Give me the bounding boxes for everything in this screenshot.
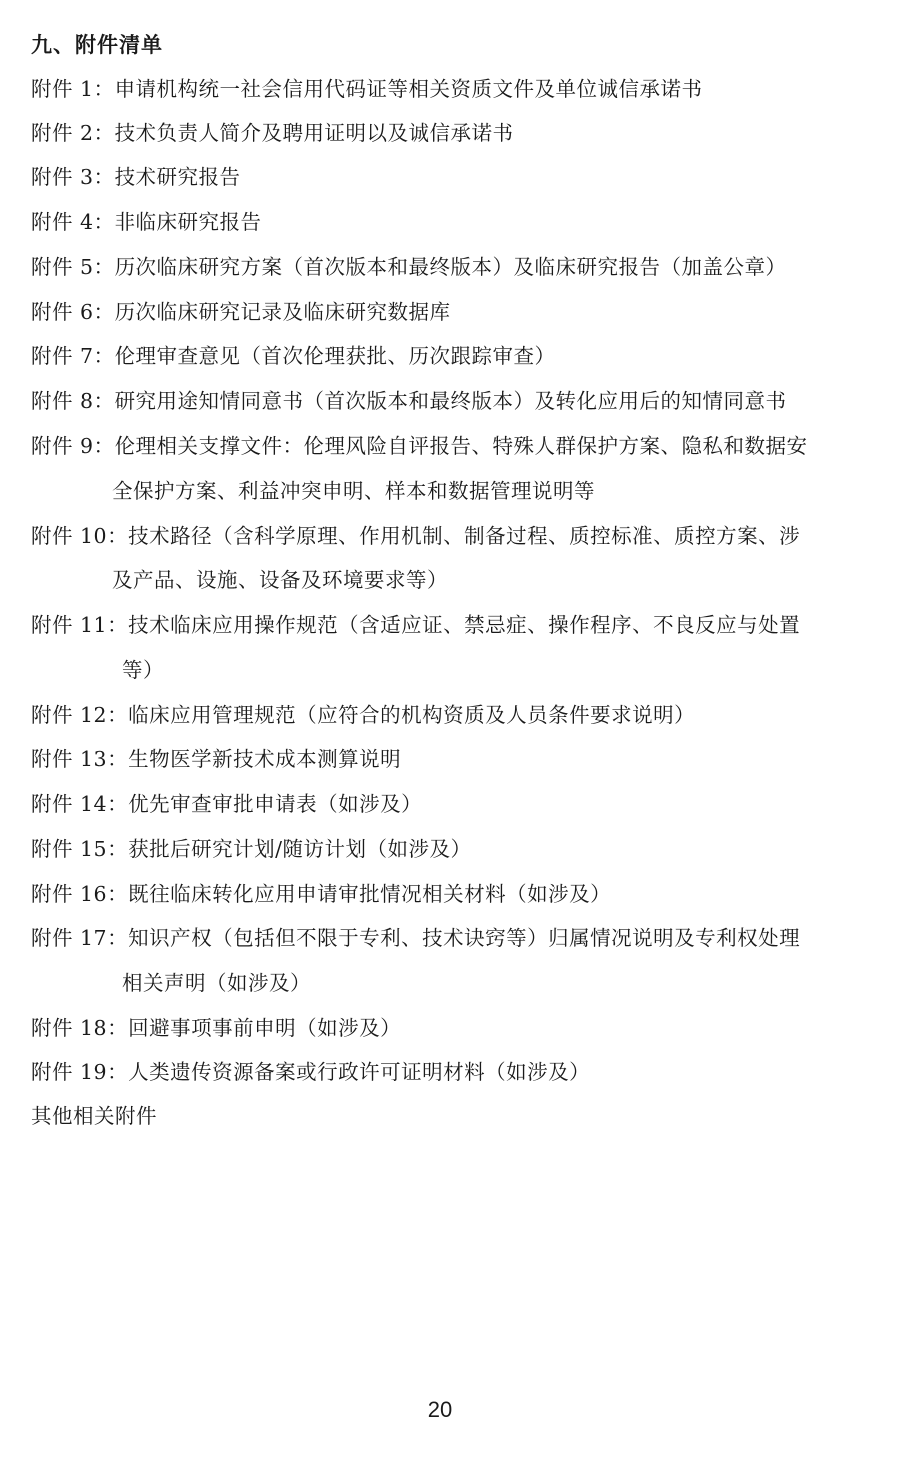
attachment-item-17-continuation: 相关声明（如涉及） [122, 968, 311, 998]
attachment-label: 附件 2： [31, 118, 115, 148]
attachment-label: 附件 6： [31, 297, 115, 327]
attachment-item-9-continuation: 全保护方案、利益冲突申明、样本和数据管理说明等 [112, 476, 595, 506]
attachment-label: 附件 1： [31, 74, 115, 104]
attachment-label: 附件 8： [31, 386, 115, 416]
attachment-item-16: 附件 16：既往临床转化应用申请审批情况相关材料（如涉及） [31, 879, 611, 909]
attachment-label: 附件 7： [31, 341, 115, 371]
attachment-text: 技术临床应用操作规范（含适应证、禁忌症、操作程序、不良反应与处置 [128, 613, 800, 637]
attachment-label: 附件 4： [31, 207, 115, 237]
attachment-label: 附件 9： [31, 431, 115, 461]
attachment-text: 研究用途知情同意书（首次版本和最终版本）及转化应用后的知情同意书 [115, 389, 787, 413]
attachment-text: 知识产权（包括但不限于专利、技术诀窍等）归属情况说明及专利权处理 [128, 926, 800, 950]
attachment-item-15: 附件 15：获批后研究计划/随访计划（如涉及） [31, 834, 472, 864]
attachment-item-17: 附件 17：知识产权（包括但不限于专利、技术诀窍等）归属情况说明及专利权处理 [31, 923, 800, 953]
attachment-text: 优先审查审批申请表（如涉及） [128, 792, 422, 816]
attachment-text: 历次临床研究记录及临床研究数据库 [115, 300, 451, 324]
attachment-text: 技术研究报告 [115, 165, 241, 189]
attachment-item-9: 附件 9：伦理相关支撑文件：伦理风险自评报告、特殊人群保护方案、隐私和数据安 [31, 431, 808, 461]
attachment-text: 回避事项事前申明（如涉及） [128, 1016, 401, 1040]
attachment-label: 附件 12： [31, 700, 128, 730]
attachment-label: 附件 19： [31, 1057, 128, 1087]
attachment-text: 技术路径（含科学原理、作用机制、制备过程、质控标准、质控方案、涉 [128, 524, 800, 548]
attachment-item-14: 附件 14：优先审查审批申请表（如涉及） [31, 789, 422, 819]
attachment-text: 人类遗传资源备案或行政许可证明材料（如涉及） [128, 1060, 590, 1084]
section-heading: 九、附件清单 [31, 30, 163, 60]
attachment-item-12: 附件 12：临床应用管理规范（应符合的机构资质及人员条件要求说明） [31, 700, 695, 730]
attachment-text: 非临床研究报告 [115, 210, 262, 234]
attachment-item-18: 附件 18：回避事项事前申明（如涉及） [31, 1013, 401, 1043]
attachment-text: 历次临床研究方案（首次版本和最终版本）及临床研究报告（加盖公章） [115, 255, 787, 279]
document-page: 九、附件清单 附件 1：申请机构统一社会信用代码证等相关资质文件及单位诚信承诺书… [0, 0, 900, 1457]
attachment-item-13: 附件 13：生物医学新技术成本测算说明 [31, 744, 401, 774]
attachment-item-7: 附件 7：伦理审查意见（首次伦理获批、历次跟踪审查） [31, 341, 556, 371]
attachment-item-2: 附件 2：技术负责人简介及聘用证明以及诚信承诺书 [31, 118, 514, 148]
attachment-item-5: 附件 5：历次临床研究方案（首次版本和最终版本）及临床研究报告（加盖公章） [31, 252, 787, 282]
attachment-text: 临床应用管理规范（应符合的机构资质及人员条件要求说明） [128, 703, 695, 727]
attachment-item-10-continuation: 及产品、设施、设备及环境要求等） [112, 565, 448, 595]
attachment-item-1: 附件 1：申请机构统一社会信用代码证等相关资质文件及单位诚信承诺书 [31, 74, 703, 104]
attachment-item-6: 附件 6：历次临床研究记录及临床研究数据库 [31, 297, 451, 327]
attachment-label: 附件 16： [31, 879, 128, 909]
attachment-label: 附件 3： [31, 162, 115, 192]
attachment-item-11-continuation: 等） [122, 655, 164, 685]
other-attachments: 其他相关附件 [31, 1101, 157, 1131]
attachment-text: 申请机构统一社会信用代码证等相关资质文件及单位诚信承诺书 [115, 77, 703, 101]
attachment-item-4: 附件 4：非临床研究报告 [31, 207, 262, 237]
attachment-text: 技术负责人简介及聘用证明以及诚信承诺书 [115, 121, 514, 145]
attachment-label: 附件 11： [31, 610, 128, 640]
attachment-label: 附件 15： [31, 834, 128, 864]
attachment-item-19: 附件 19：人类遗传资源备案或行政许可证明材料（如涉及） [31, 1057, 590, 1087]
attachment-text: 伦理审查意见（首次伦理获批、历次跟踪审查） [115, 344, 556, 368]
attachment-item-8: 附件 8：研究用途知情同意书（首次版本和最终版本）及转化应用后的知情同意书 [31, 386, 787, 416]
attachment-text: 伦理相关支撑文件：伦理风险自评报告、特殊人群保护方案、隐私和数据安 [115, 434, 808, 458]
attachment-label: 附件 14： [31, 789, 128, 819]
attachment-label: 附件 5： [31, 252, 115, 282]
attachment-label: 附件 18： [31, 1013, 128, 1043]
attachment-item-10: 附件 10：技术路径（含科学原理、作用机制、制备过程、质控标准、质控方案、涉 [31, 521, 800, 551]
page-number: 20 [0, 1396, 880, 1424]
attachment-item-11: 附件 11：技术临床应用操作规范（含适应证、禁忌症、操作程序、不良反应与处置 [31, 610, 800, 640]
attachment-text: 获批后研究计划/随访计划（如涉及） [128, 837, 471, 861]
attachment-text: 既往临床转化应用申请审批情况相关材料（如涉及） [128, 882, 611, 906]
attachment-text: 生物医学新技术成本测算说明 [128, 747, 401, 771]
attachment-label: 附件 17： [31, 923, 128, 953]
attachment-label: 附件 13： [31, 744, 128, 774]
attachment-label: 附件 10： [31, 521, 128, 551]
attachment-item-3: 附件 3：技术研究报告 [31, 162, 241, 192]
